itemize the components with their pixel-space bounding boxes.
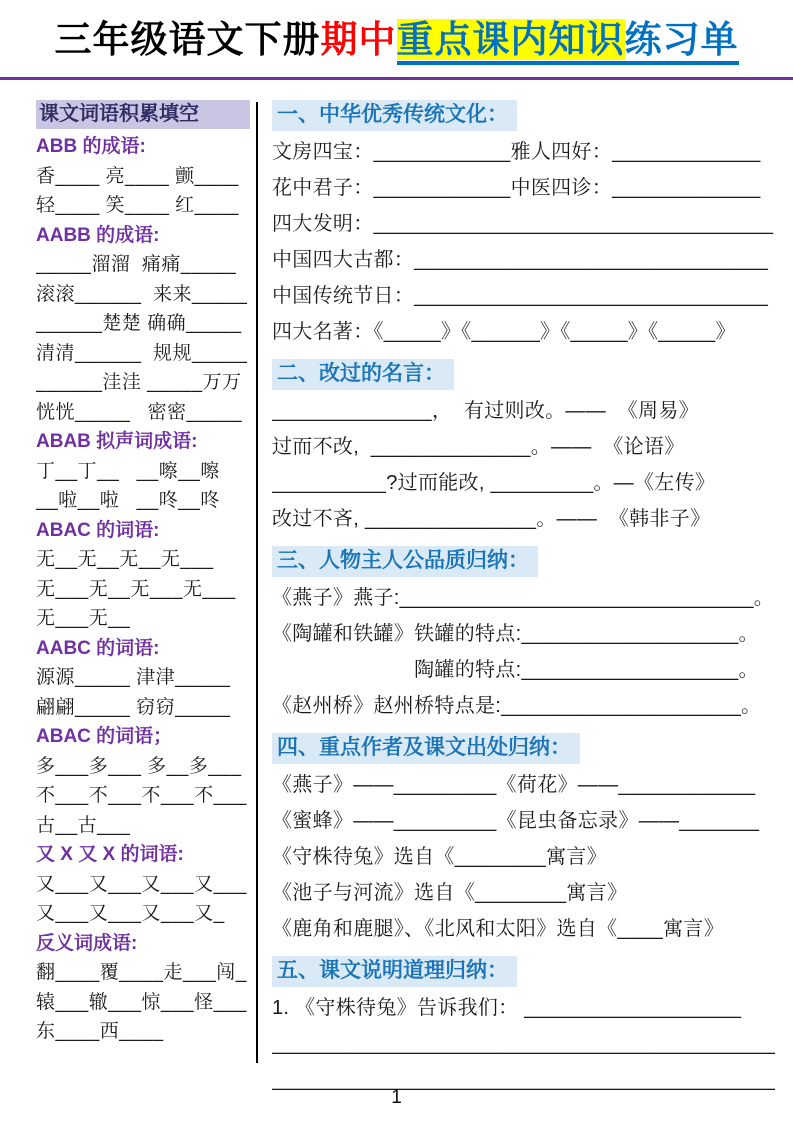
fill-blank-line: 花中君子：____________中医四诊：_____________ [272,170,775,206]
right-column: 一、中华优秀传统文化：文房四宝：____________雅人四好：_______… [272,100,775,1107]
fill-blank-line: 滚滚______ 来来_____ [36,280,250,310]
left-column-header: 课文词语积累填空 [36,100,250,129]
fill-blank-line: 清清______ 规规_____ [36,339,250,369]
fill-blank-line: 香____ 亮____ 颤____ [36,162,250,192]
page-number: 1 [391,1087,402,1108]
word-group-heading: ABB 的成语: [36,132,250,162]
fill-blank-line: 中国传统节日：_______________________________ [272,278,775,314]
fill-blank-line: 无___无__ [36,604,250,634]
fill-blank-line: 过而不改, ______________。—— 《论语》 [272,429,775,465]
fill-blank-line: 《鹿角和鹿腿》、《北风和太阳》选自《____寓言》 [272,911,775,947]
word-group-heading: ABAC 的词语； [36,722,250,752]
fill-blank-line: 丁__丁__ __嚓__嚓 [36,457,250,487]
word-group-heading: 又 X 又 X 的词语: [36,840,250,870]
word-groups: ABB 的成语:香____ 亮____ 颤____轻____ 笑____ 红__… [36,132,250,1047]
fill-blank-line: 源源_____ 津津_____ [36,663,250,693]
fill-blank-line: 不___不___不___不___ [36,781,250,811]
fill-blank-line: 辕___辙___惊___怪___ [36,988,250,1018]
fill-blank-line: 多___多___ 多__多___ [36,752,250,782]
page-footer: 1 [0,1087,793,1109]
fill-blank-line: 《燕子》——_________《荷花》——____________ [272,767,775,803]
section-heading: 一、中华优秀传统文化： [272,100,517,131]
word-group-heading: 反义词成语: [36,929,250,959]
page-title: 三年级语文下册期中重点课内知识练习单 [0,0,793,64]
title-suffix-part: 练习单 [625,19,739,60]
fill-blank-line: 又___又___又___又_ [36,899,250,929]
fill-blank-line: 1. 《守株待兔》告诉我们： ___________________ [272,990,775,1026]
fill-blank-line: 又___又___又___又___ [36,870,250,900]
fill-blank-line: 无__无__无__无___ [36,545,250,575]
section-heading: 二、改过的名言： [272,359,454,390]
worksheet-page: 三年级语文下册期中重点课内知识练习单 课文词语积累填空 ABB 的成语:香___… [0,0,793,1121]
fill-blank-line: 文房四宝：____________雅人四好：_____________ [272,134,775,170]
title-grade-part: 三年级语文下册 [55,19,321,60]
worksheet-body: 课文词语积累填空 ABB 的成语:香____ 亮____ 颤____轻____ … [0,80,793,1107]
fill-blank-line: 翻____覆____走___闯_ [36,958,250,988]
fill-blank-line: 四大名著：《_____》《______》《_____》《_____》 [272,314,775,350]
fill-blank-line: 古__古___ [36,811,250,841]
fill-blank-line: 四大发明：___________________________________ [272,206,775,242]
fill-blank-line: ________________________________________… [272,1026,775,1062]
fill-blank-line: 《守株待兔》选自《________寓言》 [272,839,775,875]
fill-blank-line: ______洼洼 _____万万 [36,368,250,398]
fill-blank-line: __啦__啦 __咚__咚 [36,486,250,516]
fill-blank-line: _____溜溜 痛痛_____ [36,250,250,280]
fill-blank-line: 《陶罐和铁罐》铁罐的特点:___________________。 [272,616,775,652]
section-heading: 三、人物主人公品质归纳： [272,546,538,577]
left-column: 课文词语积累填空 ABB 的成语:香____ 亮____ 颤____轻____ … [36,100,250,1107]
word-group-heading: ABAC 的词语: [36,516,250,546]
fill-blank-line: __________?过而能改, _________。—《左传》 [272,465,775,501]
fill-blank-line: ______________， 有过则改。—— 《周易》 [272,393,775,429]
fill-blank-line: 陶罐的特点:___________________。 [272,652,775,688]
title-midterm-part: 期中 [321,19,397,60]
fill-blank-line: 《蜜蜂》——_________《昆虫备忘录》——_______ [272,803,775,839]
worksheet-section: 四、重点作者及课文出处归纳：《燕子》——_________《荷花》——_____… [272,733,775,947]
worksheet-section: 二、改过的名言：______________， 有过则改。—— 《周易》过而不改… [272,359,775,537]
worksheet-section: 一、中华优秀传统文化：文房四宝：____________雅人四好：_______… [272,100,775,350]
fill-blank-line: 翩翩_____ 窃窃_____ [36,693,250,723]
fill-blank-line: 恍恍_____ 密密_____ [36,398,250,428]
fill-blank-line: 《池子与河流》选自《________寓言》 [272,875,775,911]
fill-blank-line: 轻____ 笑____ 红____ [36,191,250,221]
section-heading: 四、重点作者及课文出处归纳： [272,733,580,764]
word-group-heading: AABB 的成语: [36,221,250,251]
worksheet-section: 三、人物主人公品质归纳：《燕子》燕子:_____________________… [272,546,775,724]
fill-blank-line: 《燕子》燕子:_______________________________。 [272,580,775,616]
worksheet-section: 五、课文说明道理归纳：1. 《守株待兔》告诉我们： ______________… [272,956,775,1098]
title-highlighted-part: 重点课内知识 [397,19,625,60]
fill-blank-line: 《赵州桥》赵州桥特点是:_____________________。 [272,688,775,724]
section-heading: 五、课文说明道理归纳： [272,956,517,987]
sections-container: 一、中华优秀传统文化：文房四宝：____________雅人四好：_______… [272,100,775,1098]
fill-blank-line: 改过不吝, _______________。—— 《韩非子》 [272,501,775,537]
fill-blank-line: ______楚楚 确确_____ [36,309,250,339]
fill-blank-line: 中国四大古都：_______________________________ [272,242,775,278]
column-divider [256,102,258,1063]
word-group-heading: AABC 的词语: [36,634,250,664]
word-group-heading: ABAB 拟声词成语: [36,427,250,457]
fill-blank-line: 无___无__无___无___ [36,575,250,605]
fill-blank-line: 东____西____ [36,1017,250,1047]
